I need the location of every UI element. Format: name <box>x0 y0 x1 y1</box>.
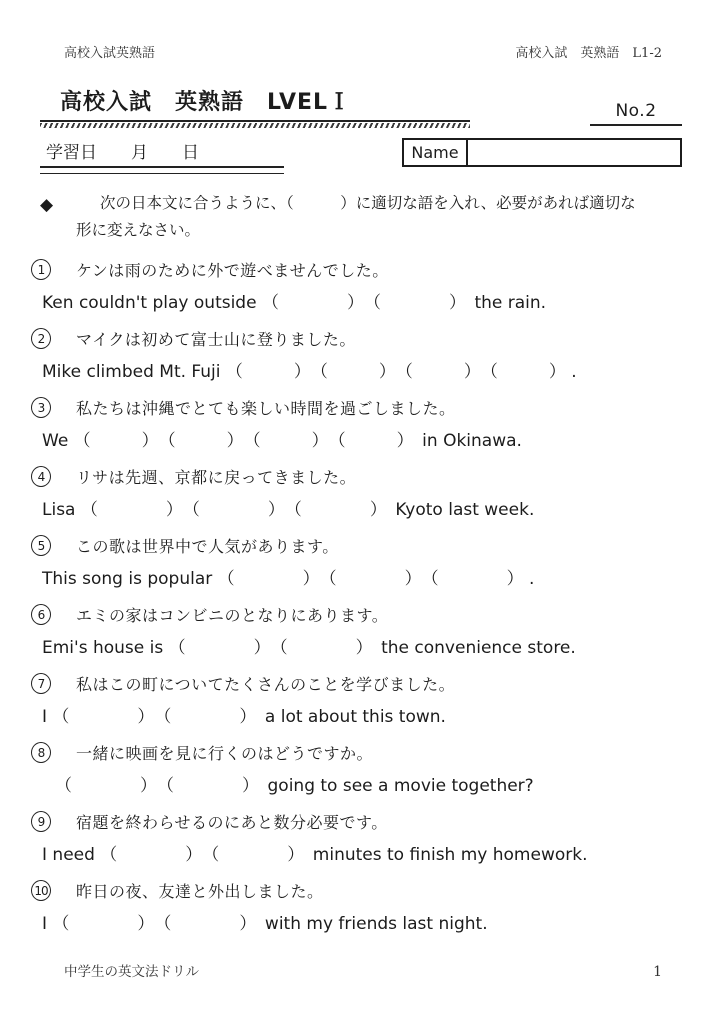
question-6-japanese-row: 6 エミの家はコンビニのとなりにあります。 <box>31 603 684 626</box>
page-footer: 中学生の英文法ドリル 1 <box>64 960 662 980</box>
running-header: 高校入試英熟語 高校入試 英熟語 L1-2 <box>40 42 684 61</box>
question-1-japanese: ケンは雨のために外で遊べませんでした。 <box>76 258 389 281</box>
question-4-japanese-row: 4 リサは先週、京都に戻ってきました。 <box>31 465 684 488</box>
footer-series-title: 中学生の英文法ドリル <box>64 960 199 980</box>
question-7: 7 私はこの町についてたくさんのことを学びました。 I （ ） （ ） a lo… <box>31 672 684 727</box>
question-10-english-blanks[interactable]: I （ ） （ ） with my friends last night. <box>42 909 684 934</box>
question-2-japanese-row: 2 マイクは初めて富士山に登りました。 <box>31 327 684 350</box>
question-8: 8 一緒に映画を見に行くのはどうですか。 （ ） （ ） going to se… <box>31 741 684 796</box>
question-6: 6 エミの家はコンビニのとなりにあります。 Emi's house is （ ）… <box>31 603 684 658</box>
question-4: 4 リサは先週、京都に戻ってきました。 Lisa （ ） （ ） （ ） Kyo… <box>31 465 684 520</box>
instruction-text-1: 次の日本文に合うように、（ ）に適切な語を入れ、必要があれば適切な <box>100 191 636 215</box>
question-4-number-badge: 4 <box>31 466 51 487</box>
question-2: 2 マイクは初めて富士山に登りました。 Mike climbed Mt. Fuj… <box>31 327 684 382</box>
question-6-number-badge: 6 <box>31 604 51 625</box>
question-5: 5 この歌は世界中で人気があります。 This song is popular … <box>31 534 684 589</box>
question-7-japanese-row: 7 私はこの町についてたくさんのことを学びました。 <box>31 672 684 695</box>
question-1: 1 ケンは雨のために外で遊べませんでした。 Ken couldn't play … <box>31 258 684 313</box>
question-9-english-blanks[interactable]: I need （ ） （ ） minutes to finish my home… <box>42 840 684 865</box>
question-9-japanese-row: 9 宿題を終わらせるのにあと数分必要です。 <box>31 810 684 833</box>
instruction: ◆ 次の日本文に合うように、（ ）に適切な語を入れ、必要があれば適切な 形に変え… <box>40 191 684 242</box>
question-4-japanese: リサは先週、京都に戻ってきました。 <box>76 465 356 488</box>
question-1-english-blanks[interactable]: Ken couldn't play outside （ ） （ ） the ra… <box>42 288 684 313</box>
instruction-line-1: ◆ 次の日本文に合うように、（ ）に適切な語を入れ、必要があれば適切な <box>40 191 684 218</box>
name-label: Name <box>404 140 468 165</box>
question-10-japanese-row: 10 昨日の夜、友達と外出しました。 <box>31 879 684 902</box>
question-8-english-blanks[interactable]: （ ） （ ） going to see a movie together? <box>55 771 684 796</box>
sheet-number: No.2 <box>590 101 682 121</box>
question-3-japanese: 私たちは沖縄でとても楽しい時間を過ごしました。 <box>76 396 456 419</box>
question-2-english-blanks[interactable]: Mike climbed Mt. Fuji （ ） （ ） （ ） （ ） . <box>42 357 684 382</box>
question-9-number-badge: 9 <box>31 811 51 832</box>
name-input-field[interactable] <box>468 140 680 165</box>
question-8-number-badge: 8 <box>31 742 51 763</box>
question-9-japanese: 宿題を終わらせるのにあと数分必要です。 <box>76 810 388 833</box>
question-5-japanese-row: 5 この歌は世界中で人気があります。 <box>31 534 684 557</box>
sheet-number-underline <box>590 124 682 126</box>
name-box: Name <box>402 138 682 167</box>
title-underline-hatch <box>40 123 470 128</box>
question-1-number-badge: 1 <box>31 259 51 280</box>
question-3-number-badge: 3 <box>31 397 51 418</box>
diamond-bullet-icon: ◆ <box>40 192 60 218</box>
question-7-number-badge: 7 <box>31 673 51 694</box>
question-10-japanese: 昨日の夜、友達と外出しました。 <box>76 879 324 902</box>
sheet-number-block: No.2 <box>590 101 682 128</box>
study-date-underline <box>40 166 284 174</box>
question-5-english-blanks[interactable]: This song is popular （ ） （ ） （ ） . <box>42 564 684 589</box>
question-2-number-badge: 2 <box>31 328 51 349</box>
question-10-number-badge: 10 <box>31 880 51 901</box>
page-number: 1 <box>653 964 662 980</box>
study-date-label: 学習日 月 日 <box>40 138 284 163</box>
question-1-japanese-row: 1 ケンは雨のために外で遊べませんでした。 <box>31 258 684 281</box>
question-4-english-blanks[interactable]: Lisa （ ） （ ） （ ） Kyoto last week. <box>42 495 684 520</box>
question-9: 9 宿題を終わらせるのにあと数分必要です。 I need （ ） （ ） min… <box>31 810 684 865</box>
worksheet-page: 高校入試英熟語 高校入試 英熟語 L1-2 高校入試 英熟語 LVELＩ No.… <box>0 0 724 1024</box>
question-3-japanese-row: 3 私たちは沖縄でとても楽しい時間を過ごしました。 <box>31 396 684 419</box>
question-6-japanese: エミの家はコンビニのとなりにあります。 <box>76 603 388 626</box>
instruction-text-2: 形に変えなさい。 <box>76 218 684 242</box>
question-8-japanese: 一緒に映画を見に行くのはどうですか。 <box>76 741 373 764</box>
meta-row: 学習日 月 日 Name <box>40 138 684 174</box>
title-underline <box>40 120 470 128</box>
question-10: 10 昨日の夜、友達と外出しました。 I （ ） （ ） with my fri… <box>31 879 684 934</box>
question-8-japanese-row: 8 一緒に映画を見に行くのはどうですか。 <box>31 741 684 764</box>
header-left-text: 高校入試英熟語 <box>64 42 155 61</box>
question-3: 3 私たちは沖縄でとても楽しい時間を過ごしました。 We （ ） （ ） （ ）… <box>31 396 684 451</box>
question-7-english-blanks[interactable]: I （ ） （ ） a lot about this town. <box>42 702 684 727</box>
question-list: 1 ケンは雨のために外で遊べませんでした。 Ken couldn't play … <box>40 258 684 934</box>
question-3-english-blanks[interactable]: We （ ） （ ） （ ） （ ） in Okinawa. <box>42 426 684 451</box>
question-5-number-badge: 5 <box>31 535 51 556</box>
question-6-english-blanks[interactable]: Emi's house is （ ） （ ） the convenience s… <box>42 633 684 658</box>
study-date-block: 学習日 月 日 <box>40 138 284 174</box>
question-2-japanese: マイクは初めて富士山に登りました。 <box>76 327 356 350</box>
title-block: 高校入試 英熟語 LVELＩ <box>40 85 470 128</box>
question-7-japanese: 私はこの町についてたくさんのことを学びました。 <box>76 672 455 695</box>
header-right-text: 高校入試 英熟語 L1-2 <box>515 42 662 61</box>
page-title: 高校入試 英熟語 LVELＩ <box>40 85 470 116</box>
question-5-japanese: この歌は世界中で人気があります。 <box>76 534 339 557</box>
title-row: 高校入試 英熟語 LVELＩ No.2 <box>40 85 684 128</box>
